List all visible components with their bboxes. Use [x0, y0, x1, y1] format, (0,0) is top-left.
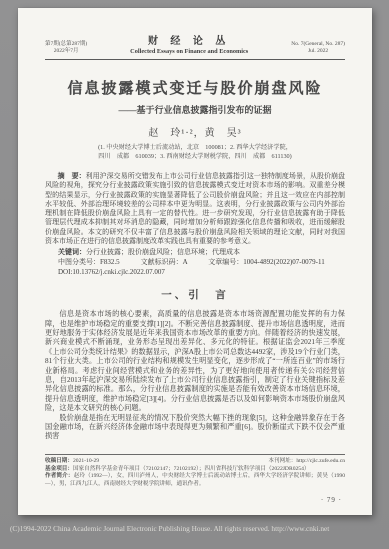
abstract-label: 摘 要： [58, 172, 86, 180]
abstract-text: 利用沪深交易所交错发布上市公司行业信息披露指引这一独特制度场景，从股价崩盘风险的… [45, 172, 345, 245]
body-paragraph-1: 信息是资本市场的核心要素，高质量的信息披露是资本市场资源配置功能发挥的有力保障，… [45, 310, 345, 413]
keywords-text: 分行业披露；股价崩盘风险；信息环境；代理成本 [86, 248, 240, 256]
header-issue-right: No. 7(General, No. 287) Jul. 2022 [291, 41, 345, 55]
keywords-line: 关键词：分行业披露；股价崩盘风险；信息环境；代理成本 [45, 248, 345, 258]
issue-right-line2: Jul. 2022 [291, 48, 345, 55]
keywords-label: 关键词： [58, 248, 86, 256]
received-label: 收稿日期： [45, 458, 73, 464]
journal-title-block: 财 经 论 丛 Collected Essays on Finance and … [130, 32, 248, 55]
scan-background: 第7期(总第287期) 2022年7月 财 经 论 丛 Collected Es… [0, 0, 389, 549]
clc-line: 中图分类号：F832.5 文献标识码：A 文章编号：1004-4892(2022… [45, 258, 345, 268]
body-paragraph-2: 股价崩盘是指在无明显征兆的情况下股价突然大幅下挫的现象[5]，这种金融异象存在于… [45, 414, 345, 442]
paper-page: 第7期(总第287期) 2022年7月 财 经 论 丛 Collected Es… [18, 8, 372, 515]
page-number: · 79 · [321, 496, 342, 504]
footnote-bio: 作者简介：赵玲（1992—），女，四川泸州人，中央财经大学博士后流动站博士后，西… [45, 473, 345, 488]
article-subtitle: ——基于行业信息披露指引发布的证据 [45, 103, 345, 116]
affiliation-block: (1. 中央财经大学博士后流动站，北京 100081；2. 西华大学经济学院， … [45, 144, 345, 161]
article-title: 信息披露模式变迁与股价崩盘风险 [45, 77, 345, 98]
bio-label: 作者简介： [45, 473, 74, 479]
issue-left-line1: 第7期(总第287期) [45, 41, 87, 48]
section-heading: 一、引 言 [45, 287, 345, 302]
authors-line: 赵 玲¹·²，黄 昊³ [45, 124, 345, 139]
cnki-copyright-line: (C)1994-2022 China Academic Journal Elec… [10, 524, 383, 533]
affiliation-line2: 四川 成都 610039；3. 西南财经大学财税学院，四川 成都 611130) [45, 153, 345, 162]
journal-header: 第7期(总第287期) 2022年7月 财 经 论 丛 Collected Es… [45, 32, 345, 60]
journal-title-en: Collected Essays on Finance and Economic… [130, 48, 248, 55]
issue-right-line1: No. 7(General, No. 287) [291, 41, 345, 48]
affiliation-line1: (1. 中央财经大学博士后流动站，北京 100081；2. 西华大学经济学院， [45, 144, 345, 153]
footnote-block: 收稿日期：2021-10-29 本刊网址：http://cjlc.zufe.ed… [45, 454, 345, 488]
received-date: 2021-10-29 [73, 458, 99, 464]
footnote-row-received: 收稿日期：2021-10-29 本刊网址：http://cjlc.zufe.ed… [45, 458, 345, 465]
journal-title-cn: 财 经 论 丛 [130, 32, 248, 47]
abstract-paragraph: 摘 要：利用沪深交易所交错发布上市公司行业信息披露指引这一独特制度场景，从股价崩… [45, 172, 345, 246]
doi-line: DOI:10.13762/j.cnki.cjlc.2022.07.007 [45, 268, 345, 278]
issue-left-line2: 2022年7月 [45, 48, 87, 55]
footnote-site: 本刊网址：http://cjlc.zufe.edu.cn [268, 458, 345, 465]
fund-text: 国家自然科学基金青年项目（72102147；72102192）；四川省科技厅软科… [73, 466, 310, 472]
header-issue-left: 第7期(总第287期) 2022年7月 [45, 41, 87, 55]
bio-text: 赵玲（1992—），女，四川泸州人，中央财经大学博士后流动站博士后，西华大学经济… [45, 473, 345, 486]
footnote-received: 收稿日期：2021-10-29 [45, 458, 99, 465]
fund-label: 基金项目： [45, 466, 73, 472]
